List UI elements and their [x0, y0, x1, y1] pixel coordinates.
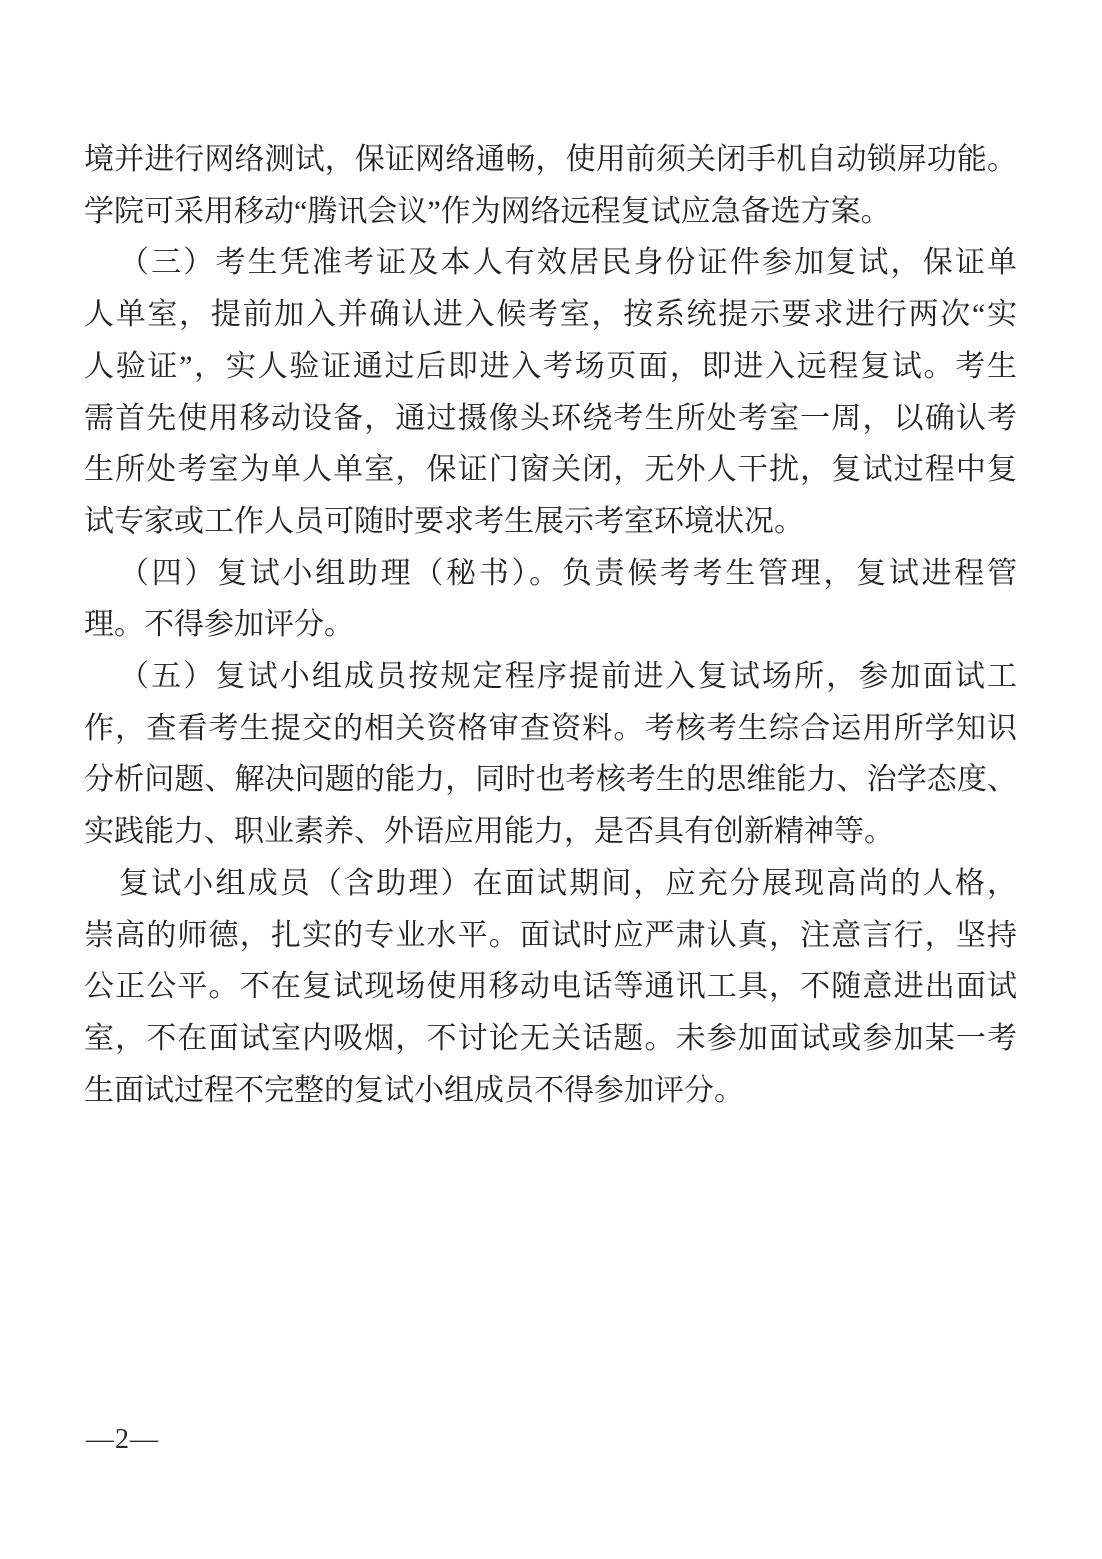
text-line: 室，不在面试室内吸烟，不讨论无关话题。未参加面试或参加某一考	[84, 1013, 1017, 1065]
text-line: 分析问题、解决问题的能力，同时也考核考生的思维能力、治学态度、	[84, 754, 1017, 806]
text-line: 学院可采用移动“腾讯会议”作为网络远程复试应急备选方案。	[84, 186, 1017, 238]
text-line: 境并进行网络测试，保证网络通畅，使用前须关闭手机自动锁屏功能。	[84, 134, 1017, 186]
text-line: 人验证”，实人验证通过后即进入考场页面，即进入远程复试。考生	[84, 341, 1017, 393]
text-line: 崇高的师德，扎实的专业水平。面试时应严肃认真，注意言行，坚持	[84, 910, 1017, 962]
text-line: 需首先使用移动设备，通过摄像头环绕考生所处考室一周，以确认考	[84, 393, 1017, 445]
text-line: 人单室，提前加入并确认进入候考室，按系统提示要求进行两次“实	[84, 289, 1017, 341]
text-line: 复试小组成员（含助理）在面试期间，应充分展现高尚的人格，	[84, 858, 1017, 910]
text-line: 作，查看考生提交的相关资格审查资料。考核考生综合运用所学知识	[84, 703, 1017, 755]
text-line: 理。不得参加评分。	[84, 599, 1017, 651]
text-line: 实践能力、职业素养、外语应用能力，是否具有创新精神等。	[84, 806, 1017, 858]
text-line: 公正公平。不在复试现场使用移动电话等通讯工具，不随意进出面试	[84, 961, 1017, 1013]
text-line: （五）复试小组成员按规定程序提前进入复试场所，参加面试工	[84, 651, 1017, 703]
text-line: 试专家或工作人员可随时要求考生展示考室环境状况。	[84, 496, 1017, 548]
document-body: 境并进行网络测试，保证网络通畅，使用前须关闭手机自动锁屏功能。学院可采用移动“腾…	[84, 134, 1017, 1116]
text-line: （四）复试小组助理（秘书）。负责候考考生管理，复试进程管	[84, 548, 1017, 600]
text-line: （三）考生凭准考证及本人有效居民身份证件参加复试，保证单	[84, 237, 1017, 289]
page-number: —2—	[86, 1424, 159, 1456]
document-page: 境并进行网络测试，保证网络通畅，使用前须关闭手机自动锁屏功能。学院可采用移动“腾…	[0, 0, 1102, 1559]
text-line: 生面试过程不完整的复试小组成员不得参加评分。	[84, 1065, 1017, 1117]
text-line: 生所处考室为单人单室，保证门窗关闭，无外人干扰，复试过程中复	[84, 444, 1017, 496]
